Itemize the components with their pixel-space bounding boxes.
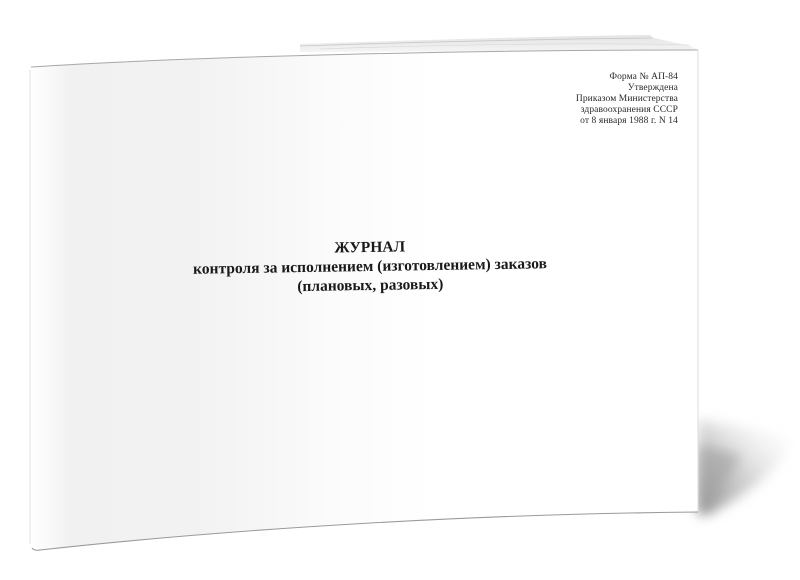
book-scene: Форма № АП-84 Утверждена Приказом Минист… <box>0 0 800 580</box>
form-number: Форма № АП-84 <box>576 72 678 83</box>
ministry-name: здравоохранения СССР <box>576 105 678 116</box>
cover-title: ЖУРНАЛ контроля за исполнением (изготовл… <box>120 234 621 299</box>
approved-label: Утверждена <box>576 83 678 94</box>
ministry-order: Приказом Министерства <box>576 94 678 105</box>
approval-stamp: Форма № АП-84 Утверждена Приказом Минист… <box>576 72 678 127</box>
page-stack <box>300 35 698 52</box>
cover-shadow <box>698 420 795 516</box>
order-date: от 8 января 1988 г. N 14 <box>576 116 678 127</box>
